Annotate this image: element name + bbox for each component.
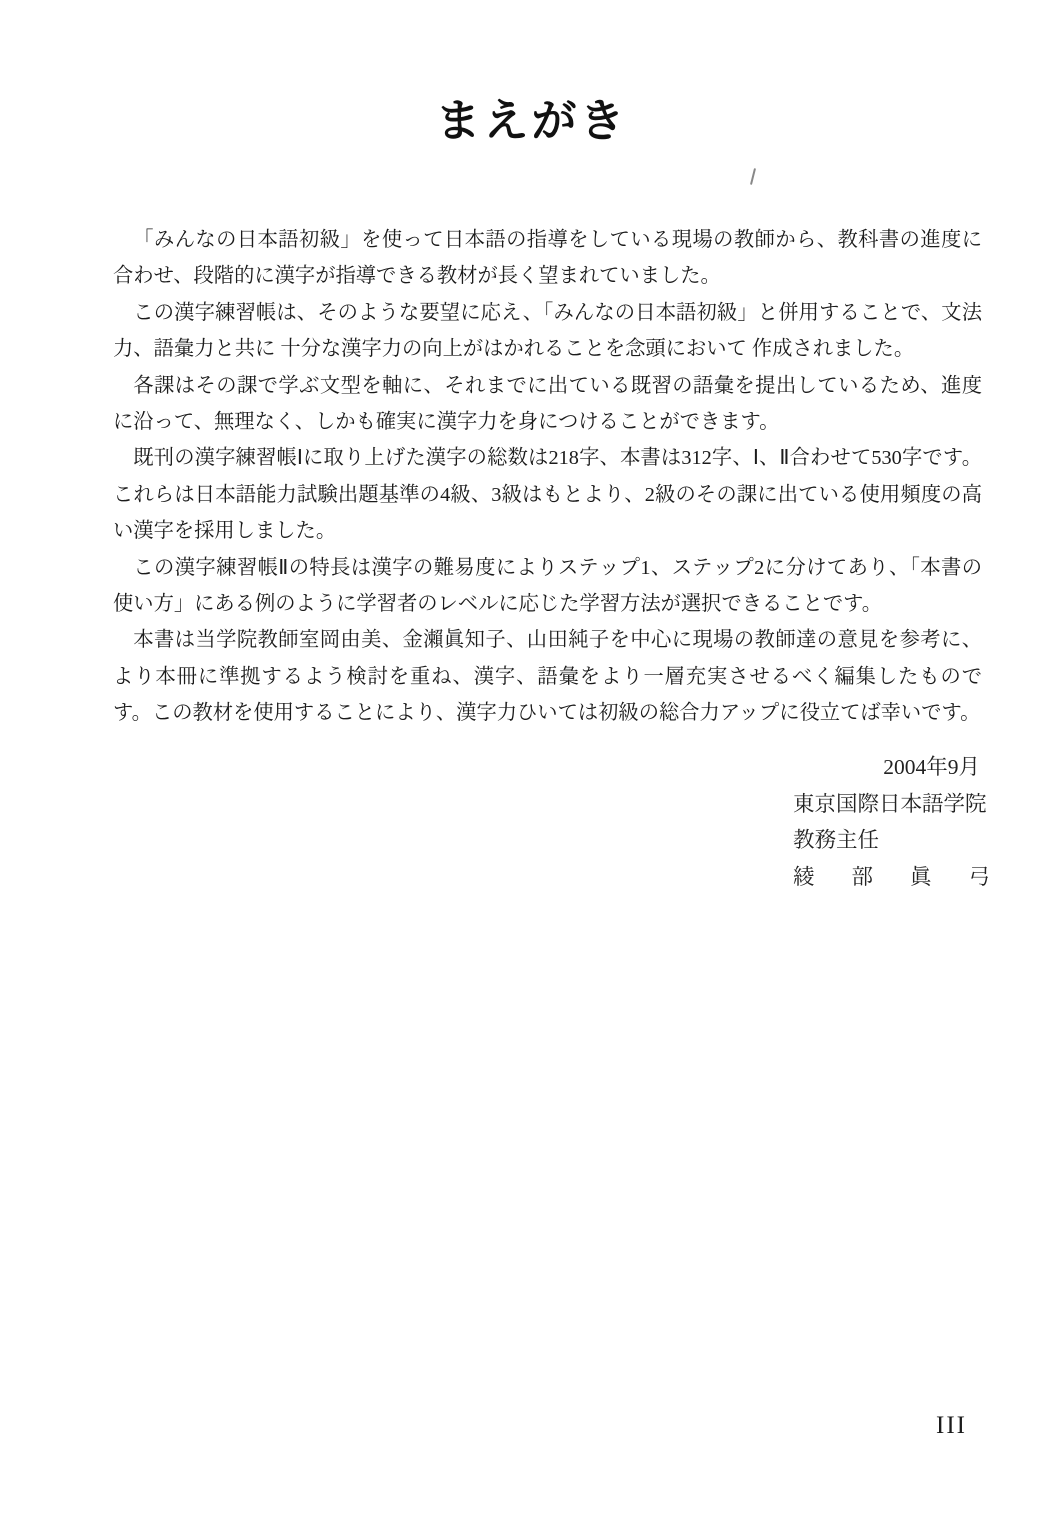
paragraph-4: 既刊の漢字練習帳Ⅰに取り上げた漢字の総数は218字、本書は312字、Ⅰ、Ⅱ合わせ… [113, 440, 982, 549]
signature-role: 教務主任 [793, 822, 990, 859]
signature-name: 綾 部 眞 弓 [793, 859, 990, 896]
signature-name-char-1: 綾 [793, 859, 815, 896]
paragraph-5: この漢字練習帳Ⅱの特長は漢字の難易度によりステップ1、ステップ2に分けてあり、「… [113, 550, 982, 623]
paragraph-6: 本書は当学院教師室岡由美、金瀨眞知子、山田純子を中心に現場の教師達の意見を参考に… [113, 622, 982, 731]
signature-block: 2004年9月 東京国際日本語学院 教務主任 綾 部 眞 弓 [793, 749, 990, 895]
scan-artifact-mark [750, 168, 756, 185]
paragraph-2: この漢字練習帳は、そのような要望に応え、「みんなの日本語初級」と併用することで、… [113, 295, 982, 368]
signature-date: 2004年9月 [793, 749, 990, 786]
book-page: まえがき 「みんなの日本語初級」を使って日本語の指導をしている現場の教師から、教… [0, 0, 1063, 1536]
signature-name-char-4: 弓 [968, 859, 990, 896]
paragraph-3: 各課はその課で学ぶ文型を軸に、それまでに出ている既習の語彙を提出しているため、進… [113, 368, 982, 441]
page-number: III [936, 1412, 967, 1440]
preface-body: 「みんなの日本語初級」を使って日本語の指導をしている現場の教師から、教科書の進度… [113, 222, 982, 732]
signature-organization: 東京国際日本語学院 [793, 786, 990, 823]
page-title: まえがき [0, 84, 1063, 149]
paragraph-1: 「みんなの日本語初級」を使って日本語の指導をしている現場の教師から、教科書の進度… [113, 222, 982, 295]
signature-name-char-2: 部 [851, 859, 873, 896]
signature-name-char-3: 眞 [910, 859, 932, 896]
